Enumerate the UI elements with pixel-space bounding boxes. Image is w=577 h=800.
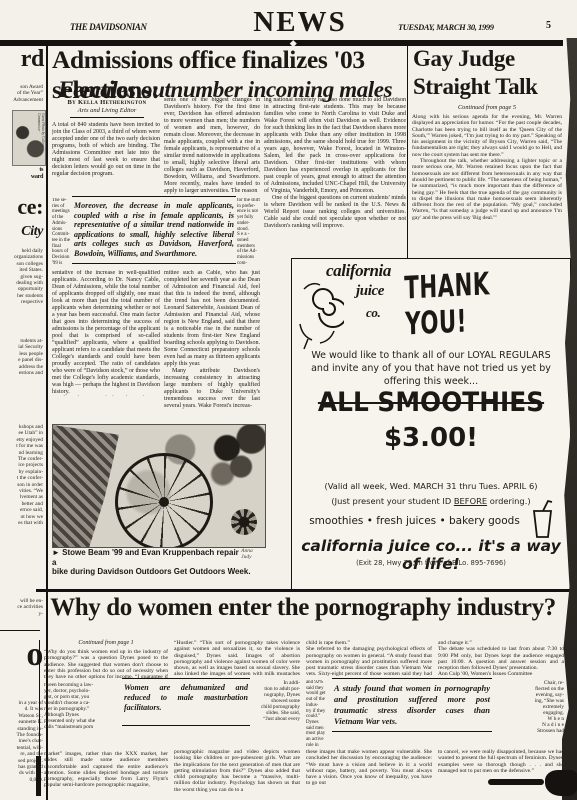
byline-rule	[70, 117, 144, 118]
admissions-col2-wrap-text: for the shift in prefer- ence is not yet…	[237, 198, 260, 266]
sliver-photo-caption-fragment: ts ward	[0, 166, 43, 180]
gay-judge-paragraph-2: Throughout the talk, whether addressing …	[412, 158, 562, 221]
photo-caption-line1: ► Stowe Beam '99 and Evan Kruppenbach re…	[52, 548, 241, 567]
gay-judge-body: Along with his serious agenda for the ev…	[412, 114, 562, 256]
photo-figure-left	[53, 425, 119, 547]
masthead-date: TUESDAY, MARCH 30, 1999	[398, 22, 494, 32]
masthead-paper-name: THE DAVIDSONIAN	[70, 22, 147, 32]
admissions-col2-bottom-p2: Many attribute Davidson's increasing con…	[164, 368, 260, 410]
admissions-byline: By Kella Hetherington	[52, 99, 162, 106]
sliver-text-fragments-2: tudents at- ial Security less people e p…	[0, 338, 43, 376]
juice-ad-smoothies: ALL SMOOTHIES	[314, 387, 548, 418]
admissions-col2-bottom-p1: mittee such as Cable, who has just compl…	[164, 270, 260, 368]
juice-ad-items: smoothies • fresh juices • bakery goods	[302, 515, 527, 527]
sliver-text-fragments-1: held daily organizations son colleges it…	[0, 248, 43, 306]
scan-bar-bottom	[488, 779, 544, 785]
scan-bar-bottom-left	[36, 756, 41, 796]
juice-ad-box: california juice co. THANK YOU! We would…	[291, 258, 571, 590]
photo-figure-right	[199, 424, 266, 479]
photo-bike-gear	[231, 509, 257, 535]
caption-text-1: Stowe Beam '99 and Evan Kruppenbach repa…	[52, 548, 239, 567]
porn-col2-top: “Hustler.” “This sort of pornography tak…	[174, 640, 300, 677]
column-divider-rule	[407, 46, 408, 258]
porn-col1-bottom: market” images, rather than the XXX mark…	[44, 751, 168, 797]
juice-ad-message: We would like to thank all of our LOYAL …	[300, 349, 562, 388]
caption-bullet-icon: ►	[52, 548, 60, 557]
present-pre: (Just present your student ID	[331, 496, 453, 506]
porn-col3-wrap: and 92% said they would get out of the i…	[306, 680, 328, 746]
bike-repair-photo	[52, 424, 266, 548]
admissions-pull-quote: Moreover, the decrease in male applicant…	[72, 196, 236, 264]
porn-article-headline: Why do women enter the pornography indus…	[36, 594, 570, 622]
photo-caption-block: ► Stowe Beam '99 and Evan Kruppenbach re…	[52, 548, 264, 577]
wheel-hub	[159, 497, 169, 507]
juice-logo-juice: juice	[356, 283, 384, 300]
porn-col3-top: child is rape them.” She referred to the…	[306, 640, 432, 677]
porn-col4-wrap: Chair, re- flected on the evening, say- …	[494, 680, 564, 746]
porn-col3-bottom: these images that make women appear vuln…	[306, 749, 432, 797]
admissions-col2-bottom: mittee such as Cable, who has just compl…	[164, 270, 260, 432]
juice-logo-co: co.	[366, 305, 380, 321]
juice-ad-address: (Exit 28, Hwy 73, in front of BiLo. 895-…	[292, 559, 570, 567]
porn-col4-bottom: to cancel, we were really disappointed, …	[438, 749, 564, 797]
admissions-col1-bottom-p1: sentative of the increase in well-qualif…	[52, 270, 160, 396]
porn-col4-top: and change it.” The debate was scheduled…	[438, 640, 564, 677]
juice-ad-thank-you: THANK YOU!	[404, 264, 540, 343]
juice-logo-swirl-icon	[294, 269, 344, 353]
sliver-photo: Guest Photo by College Communica-	[12, 110, 46, 166]
sliver-text-fragments-3: kshops and ee Utah” in etty enjoyed t fo…	[0, 424, 43, 527]
photo-caption-line2: bike during Davidson Outdoors Get Outdoo…	[52, 567, 264, 577]
porn-pull-quote-1: Women are dehumanized and reduced to mal…	[122, 678, 250, 726]
sliver-divider	[0, 630, 40, 631]
gay-judge-headline-line1: Gay Judge	[413, 46, 515, 72]
scan-blob-bottom-right	[545, 770, 577, 796]
sliver-headline3-fragment: o	[0, 636, 43, 674]
juice-ad-tagline: california juice co... it's a way of lif…	[292, 537, 570, 573]
admissions-col1-wrap-text: The se- ries of meetings of the Admis- s…	[52, 198, 70, 264]
admissions-col1-paragraph: A total of 840 students have been invite…	[52, 122, 160, 196]
photo-credit: Anna Judy	[241, 548, 264, 560]
sliver-award-lines: son Award of the Year” Advancement	[0, 84, 43, 103]
sliver-headline-fragment: rd	[2, 46, 44, 73]
sliver-headline2-sub-fragment: City	[0, 224, 43, 240]
juice-ad-valid-line: (Valid all week, Wed. MARCH 31 thru Tues…	[292, 481, 570, 491]
cup-icon	[528, 499, 556, 539]
admissions-col1-bottom: sentative of the increase in well-qualif…	[52, 270, 160, 396]
porn-col2-wrap: In addi- tion to adult por- nography, Dy…	[252, 680, 300, 746]
admissions-col3-paragraph-1: ing national notoriety has also done muc…	[264, 97, 406, 195]
sliver-headline2-fragment: ce:	[0, 194, 43, 220]
section-title: NEWS	[215, 6, 385, 39]
masthead-page-number: 5	[546, 20, 551, 31]
admissions-col2-top: sents one of the biggest changes in Davi…	[164, 97, 260, 196]
gay-judge-paragraph-1: Along with his serious agenda for the ev…	[412, 114, 562, 158]
porn-continued-line: Continued from page 1	[44, 640, 168, 646]
gay-judge-continued-line: Continued from page 5	[412, 104, 562, 111]
juice-ad-price: $3.00!	[292, 423, 570, 453]
present-underlined: BEFORE	[454, 496, 487, 506]
porn-pull-quote-2: A study found that women in pornography …	[332, 678, 492, 732]
bottom-article-top-rule	[36, 589, 570, 592]
porn-col2-bottom: pornographic magazine and video depicts …	[174, 749, 300, 797]
juice-logo-california: california	[326, 261, 391, 281]
porn-col1-wrap: tween becoming a law- yer, doctor, psych…	[44, 682, 118, 748]
present-post: ordering.)	[487, 496, 530, 506]
newspaper-page: THE DAVIDSONIAN NEWS TUESDAY, MARCH 30, …	[0, 0, 577, 800]
porn-col1-top: “Why do you think women end up in the in…	[44, 649, 168, 680]
admissions-byline-title: Arts and Living Editor	[52, 107, 162, 114]
photo-bicycle-wheel	[115, 453, 213, 548]
sliver-photo-credit: Guest Photo by College Communica-	[37, 113, 45, 165]
admissions-col3-paragraph-2: One of the biggest questions on current …	[264, 195, 406, 230]
admissions-col3: ing national notoriety has also done muc…	[264, 97, 406, 261]
gay-judge-headline-line2: Straight Talk	[413, 74, 538, 100]
